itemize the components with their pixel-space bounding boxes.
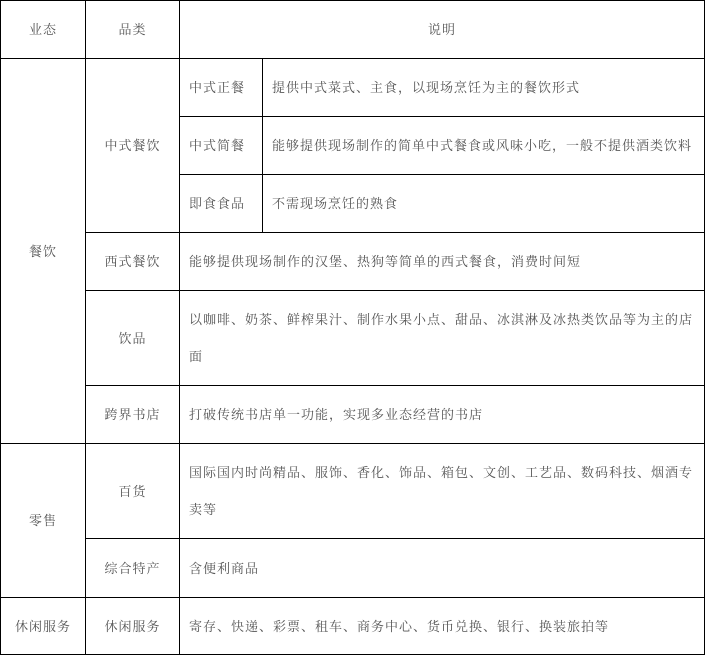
category-cell: 百货 [86,444,180,539]
header-format: 业态 [1,1,86,59]
description-cell: 不需现场烹饪的熟食 [263,175,705,233]
table-row: 零售 百货 国际国内时尚精品、服饰、香化、饰品、箱包、文创、工艺品、数码科技、烟… [1,444,705,539]
header-category: 品类 [86,1,180,59]
subcategory-cell: 中式简餐 [180,117,263,175]
category-cell-chinese-dining: 中式餐饮 [86,59,180,233]
table-row: 西式餐饮 能够提供现场制作的汉堡、热狗等简单的西式餐食，消费时间短 [1,233,705,291]
format-cell-catering: 餐饮 [1,59,86,444]
table-row: 跨界书店 打破传统书店单一功能，实现多业态经营的书店 [1,386,705,444]
category-cell: 休闲服务 [86,598,180,655]
table-row: 综合特产 含便利商品 [1,539,705,598]
description-cell: 国际国内时尚精品、服饰、香化、饰品、箱包、文创、工艺品、数码科技、烟酒专卖等 [180,444,705,539]
category-cell: 西式餐饮 [86,233,180,291]
category-cell: 饮品 [86,291,180,386]
header-row: 业态 品类 说明 [1,1,705,59]
category-cell: 跨界书店 [86,386,180,444]
subcategory-cell: 即食食品 [180,175,263,233]
description-cell: 能够提供现场制作的汉堡、热狗等简单的西式餐食，消费时间短 [180,233,705,291]
description-cell: 以咖啡、奶茶、鲜榨果汁、制作水果小点、甜品、冰淇淋及冰热类饮品等为主的店面 [180,291,705,386]
table-row: 饮品 以咖啡、奶茶、鲜榨果汁、制作水果小点、甜品、冰淇淋及冰热类饮品等为主的店面 [1,291,705,386]
description-cell: 提供中式菜式、主食，以现场烹饪为主的餐饮形式 [263,59,705,117]
description-cell: 打破传统书店单一功能，实现多业态经营的书店 [180,386,705,444]
subcategory-cell: 中式正餐 [180,59,263,117]
header-description: 说明 [180,1,705,59]
table-row: 休闲服务 休闲服务 寄存、快递、彩票、租车、商务中心、货币兑换、银行、换装旅拍等 [1,598,705,655]
table-row: 餐饮 中式餐饮 中式正餐 提供中式菜式、主食，以现场烹饪为主的餐饮形式 [1,59,705,117]
description-cell: 能够提供现场制作的简单中式餐食或风味小吃，一般不提供酒类饮料 [263,117,705,175]
description-cell: 寄存、快递、彩票、租车、商务中心、货币兑换、银行、换装旅拍等 [180,598,705,655]
category-cell: 综合特产 [86,539,180,598]
format-cell-retail: 零售 [1,444,86,598]
description-cell: 含便利商品 [180,539,705,598]
format-cell-leisure: 休闲服务 [1,598,86,655]
business-format-table: 业态 品类 说明 餐饮 中式餐饮 中式正餐 提供中式菜式、主食，以现场烹饪为主的… [0,0,705,655]
